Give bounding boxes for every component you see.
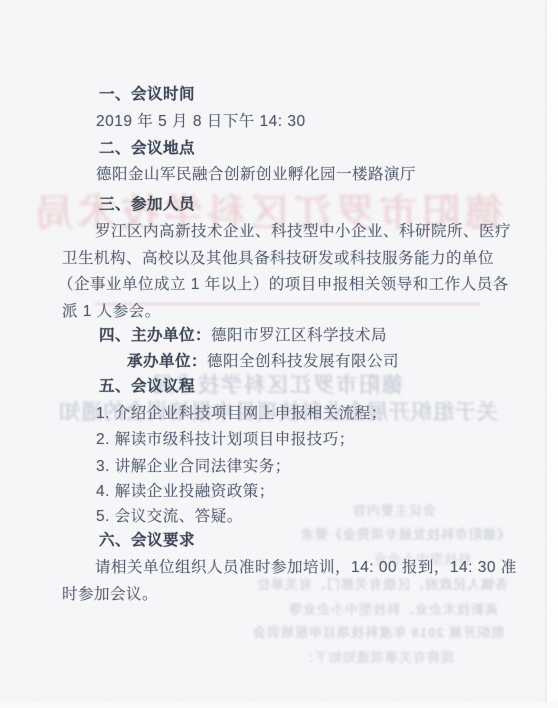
document-line: 4. 解读企业投融资政策； xyxy=(96,482,275,501)
document-body-text: 卫生机构、高校以及其他具备科技研发或科技服务能力的单位 xyxy=(62,250,494,267)
document-body-text: 派 1 人参会。 xyxy=(62,303,161,320)
document-line: 一、会议时间 xyxy=(99,85,195,104)
document-line: 承办单位：德阳全创科技发展有限公司 xyxy=(127,352,399,371)
document-line: 请相关单位组织人员准时参加培训，14: 00 报到，14: 30 准 xyxy=(95,558,517,577)
document-line: 2019 年 5 月 8 日下午 14: 30 xyxy=(96,112,306,131)
document-body-text: 2. 解读市级科技计划项目申报技巧； xyxy=(96,431,355,448)
document-line: 时参加会议。 xyxy=(62,585,158,604)
document-line: 罗江区内高新技术企业、科技型中小企业、科研院所、医疗 xyxy=(95,222,511,241)
document-body-text: 3. 讲解企业合同法律实务； xyxy=(96,458,291,475)
document-line: 卫生机构、高校以及其他具备科技研发或科技服务能力的单位 xyxy=(62,249,494,268)
document-body-text: 时参加会议。 xyxy=(62,586,158,603)
document-line: （企事业单位成立 1 年以上）的项目申报相关领导和工作人员各 xyxy=(58,275,509,294)
document-line: 派 1 人参会。 xyxy=(62,302,161,321)
document-heading-text: 三、参加人员 xyxy=(99,196,195,213)
document-body-text: 请相关单位组织人员准时参加培训，14: 00 报到，14: 30 准 xyxy=(95,559,517,576)
document-line: 五、会议议程 xyxy=(99,377,195,396)
document-line: 三、参加人员 xyxy=(99,195,195,214)
document-body-text: 4. 解读企业投融资政策； xyxy=(96,483,275,500)
document-heading-text: 二、会议地点 xyxy=(99,140,195,157)
document-body-text: 罗江区内高新技术企业、科技型中小企业、科研院所、医疗 xyxy=(95,223,511,240)
document-body-text: 1. 介绍企业科技项目网上申报相关流程； xyxy=(96,405,387,422)
document-heading-text: 一、会议时间 xyxy=(99,86,195,103)
document-heading-text: 四、主办单位： xyxy=(99,327,211,344)
document-line: 六、会议要求 xyxy=(99,531,195,550)
scan-edge-right xyxy=(547,0,558,708)
document-body-text: 德阳市罗江区科学技术局 xyxy=(211,327,387,344)
document-heading-text: 承办单位： xyxy=(127,353,207,370)
scan-edge-bottom xyxy=(0,702,558,708)
document-body-text: 德阳全创科技发展有限公司 xyxy=(207,353,399,370)
document-line: 3. 讲解企业合同法律实务； xyxy=(96,457,291,476)
document-line: 2. 解读市级科技计划项目申报技巧； xyxy=(96,430,355,449)
document-line: 德阳金山军民融合创新创业孵化园一楼路演厅 xyxy=(96,165,416,184)
document-body-text: 5. 会议交流、答疑。 xyxy=(96,508,243,525)
document-body-text: （企事业单位成立 1 年以上）的项目申报相关领导和工作人员各 xyxy=(58,276,509,293)
document-text-layer: 一、会议时间2019 年 5 月 8 日下午 14: 30二、会议地点德阳金山军… xyxy=(0,0,558,708)
document-line: 1. 介绍企业科技项目网上申报相关流程； xyxy=(96,404,387,423)
document-line: 四、主办单位：德阳市罗江区科学技术局 xyxy=(99,326,387,345)
document-body-text: 德阳金山军民融合创新创业孵化园一楼路演厅 xyxy=(96,166,416,183)
document-heading-text: 六、会议要求 xyxy=(99,532,195,549)
document-line: 5. 会议交流、答疑。 xyxy=(96,507,243,526)
document-heading-text: 五、会议议程 xyxy=(99,378,195,395)
scanned-document-page: 德阳市罗江区科学技术局德阳市罗江区科学技术局关于组织开展企业科技项目申报培训会的… xyxy=(0,0,558,708)
document-line: 二、会议地点 xyxy=(99,139,195,158)
document-body-text: 2019 年 5 月 8 日下午 14: 30 xyxy=(96,113,306,130)
